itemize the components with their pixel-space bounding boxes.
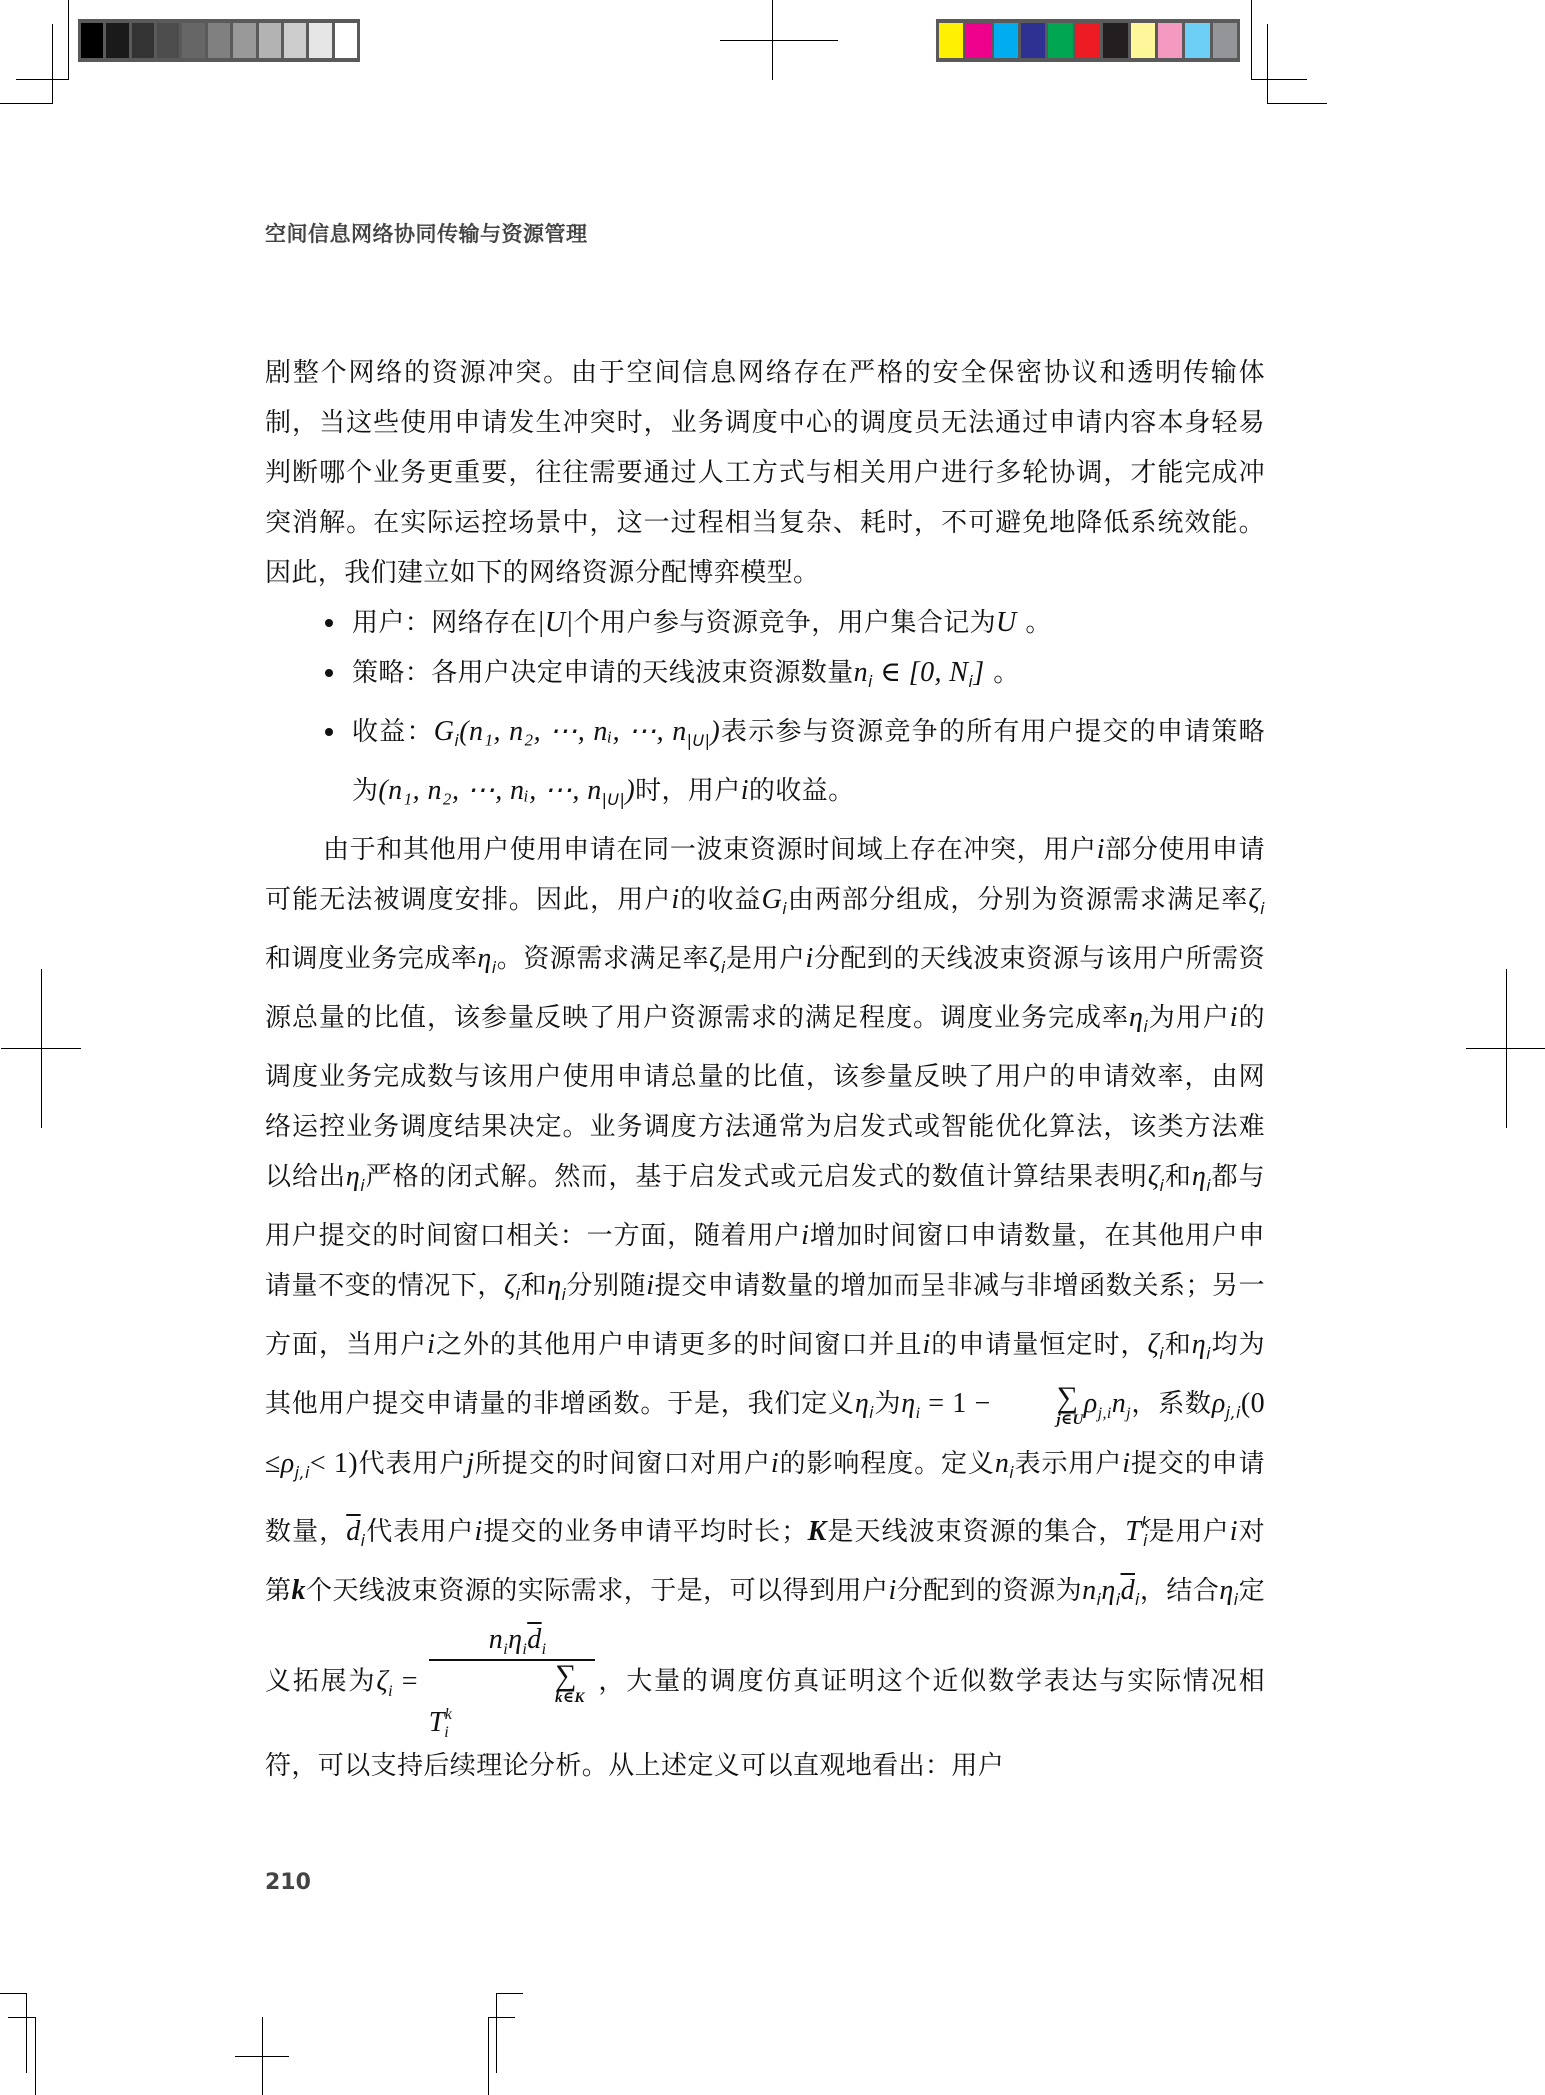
color-swatch xyxy=(81,23,103,58)
color-swatch xyxy=(1103,23,1127,58)
color-swatch xyxy=(1185,23,1209,58)
crop-mark xyxy=(1267,103,1327,104)
crop-mark xyxy=(52,24,53,104)
crop-mark xyxy=(1251,79,1307,80)
paragraph-payoff-definition: 由于和其他用户使用申请在同一波束资源时间域上存在冲突，用户i部分使用申请可能无法… xyxy=(265,825,1265,1791)
crop-mark xyxy=(488,2017,515,2018)
bullet-icon xyxy=(325,619,333,627)
crop-mark xyxy=(26,1993,27,2073)
bullet-icon xyxy=(325,728,333,736)
color-swatch xyxy=(335,23,357,58)
registration-cross xyxy=(235,2056,289,2057)
color-swatch xyxy=(966,23,990,58)
registration-cross xyxy=(1466,1048,1545,1049)
bullet-strategy: 策略：各用户决定申请的天线波束资源数量ni ∈ [0, Ni] 。 xyxy=(265,648,1265,707)
crop-mark xyxy=(1267,24,1268,104)
color-swatch xyxy=(994,23,1018,58)
crop-mark xyxy=(1251,0,1252,80)
color-swatch xyxy=(259,23,281,58)
bullet-payoff: 收益：Gi(n₁, n₂, ⋯, nᵢ, ⋯, n|U|)表示参与资源竞争的所有… xyxy=(265,707,1265,825)
zeta-formula: ζi = niηidi∑k∈KTki xyxy=(376,1666,597,1697)
color-swatch xyxy=(182,23,204,58)
color-swatch xyxy=(1048,23,1072,58)
color-swatch xyxy=(1076,23,1100,58)
page-number: 210 xyxy=(265,1870,311,1895)
crop-mark xyxy=(488,2017,489,2095)
bullet-icon xyxy=(325,669,333,677)
crop-mark xyxy=(0,1993,27,1994)
color-swatch xyxy=(233,23,255,58)
fraction: niηidi∑k∈KTki xyxy=(429,1625,595,1741)
eta-formula: ηi = 1 − ∑j∈Uρj,inj xyxy=(901,1388,1131,1419)
crop-mark xyxy=(16,79,69,80)
summation: ∑j∈U xyxy=(998,1383,1083,1428)
color-swatch xyxy=(157,23,179,58)
bullet-users: 用户：网络存在|U|个用户参与资源竞争，用户集合记为U 。 xyxy=(265,598,1265,648)
color-swatch xyxy=(1131,23,1155,58)
color-swatch xyxy=(1021,23,1045,58)
crop-mark xyxy=(35,2017,36,2095)
color-swatch xyxy=(939,23,963,58)
color-swatch xyxy=(1158,23,1182,58)
color-swatch xyxy=(1213,23,1237,58)
color-swatch xyxy=(284,23,306,58)
running-header: 空间信息网络协同传输与资源管理 xyxy=(265,218,588,248)
crop-mark xyxy=(68,0,69,80)
crop-mark xyxy=(0,103,53,104)
page-body: 剧整个网络的资源冲突。由于空间信息网络存在严格的安全保密协议和透明传输体制，当这… xyxy=(265,348,1265,1791)
color-swatch xyxy=(208,23,230,58)
color-swatch xyxy=(309,23,331,58)
crop-mark xyxy=(496,1993,497,2073)
grayscale-calibration-bar xyxy=(78,19,360,62)
crop-mark xyxy=(496,1993,523,1994)
registration-cross xyxy=(1,1048,81,1049)
color-swatch xyxy=(132,23,154,58)
color-swatch xyxy=(106,23,128,58)
color-calibration-bar xyxy=(936,19,1240,62)
registration-cross xyxy=(720,40,838,41)
crop-mark xyxy=(8,2017,36,2018)
paragraph-intro: 剧整个网络的资源冲突。由于空间信息网络存在严格的安全保密协议和透明传输体制，当这… xyxy=(265,348,1265,598)
